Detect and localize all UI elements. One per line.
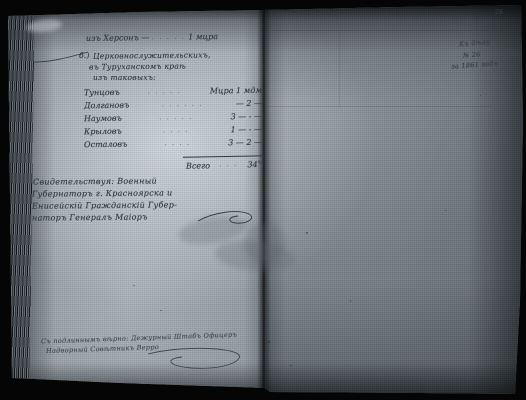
governor-signature-flourish [196, 206, 258, 228]
row-value: 1 — - — [231, 125, 263, 134]
clause-line-1: Церковнослужительскихъ, [93, 50, 211, 60]
header-origin: изъ Херсонъ — [86, 33, 150, 43]
total-line: Всего . . . 34чл [186, 159, 264, 170]
corner-note-line-1: Къ дѣлу [459, 38, 491, 49]
header-line: изъ Херсонъ — . . . . . 1 мцра [86, 32, 218, 43]
row-value: Мцра 1 мдм [210, 86, 262, 96]
attestation-line-3: Енисейскій Гражданскій Губер- [32, 200, 177, 210]
total-leader: . . . [210, 161, 248, 168]
row-leader: . . . . . . [129, 101, 236, 108]
header-value: 1 мцра [188, 32, 218, 41]
scanned-ledger-photo: изъ Херсонъ — . . . . . 1 мцра б.) Церко… [0, 0, 526, 400]
total-rule [183, 155, 265, 158]
header-leader: . . . . . [149, 34, 188, 41]
handwriting-layer: изъ Херсонъ — . . . . . 1 мцра б.) Церко… [0, 0, 526, 400]
table-row: Наумовъ . . . . . 3 — - — [84, 112, 262, 123]
row-leader: . . . . . [120, 88, 210, 95]
clerk-signature-flourish [140, 344, 250, 376]
row-value: 3 — 2 — [228, 138, 262, 147]
row-value: — 2 — [236, 99, 262, 108]
attestation-line-2: Губернаторъ г. Красноярска и [32, 188, 173, 198]
clause-line-3: изъ таковыхъ: [93, 73, 156, 82]
row-leader: . . . . [127, 140, 228, 147]
row-name: Тунцовъ [84, 88, 120, 97]
book-spread: изъ Херсонъ — . . . . . 1 мцра б.) Церко… [7, 5, 523, 396]
clause-marker: б.) [79, 51, 90, 60]
total-label: Всего [186, 161, 210, 170]
page-number: 26 [495, 9, 503, 16]
row-value: 3 — - — [231, 112, 263, 121]
row-name: Крыловъ [84, 127, 122, 137]
attestation-line-1: Свидетельствуя: Военный [33, 176, 157, 186]
row-leader: . . . . [122, 127, 231, 135]
total-value: 34чл [247, 159, 264, 169]
corner-note-line-2: № 26 [463, 50, 481, 59]
row-name: Осталовъ [84, 140, 127, 150]
row-leader: . . . . . [122, 114, 231, 122]
clause-line-2: въ Туруханскомъ краѣ [89, 61, 186, 71]
table-row: Тунцовъ . . . . . Мцра 1 мдм [84, 86, 262, 97]
corner-note-line-3: за 1861 годъ [451, 59, 499, 70]
row-name: Наумовъ [84, 114, 122, 124]
table-row: Крыловъ . . . . 1 — - — [84, 125, 262, 136]
attestation-line-4: наторъ Генералъ Маіоръ [32, 212, 148, 222]
table-row: Осталовъ . . . . 3 — 2 — [84, 138, 262, 149]
row-name: Долгановъ [84, 101, 129, 111]
total-unit: чл [258, 159, 264, 165]
table-row: Долгановъ . . . . . . — 2 — [84, 99, 262, 110]
